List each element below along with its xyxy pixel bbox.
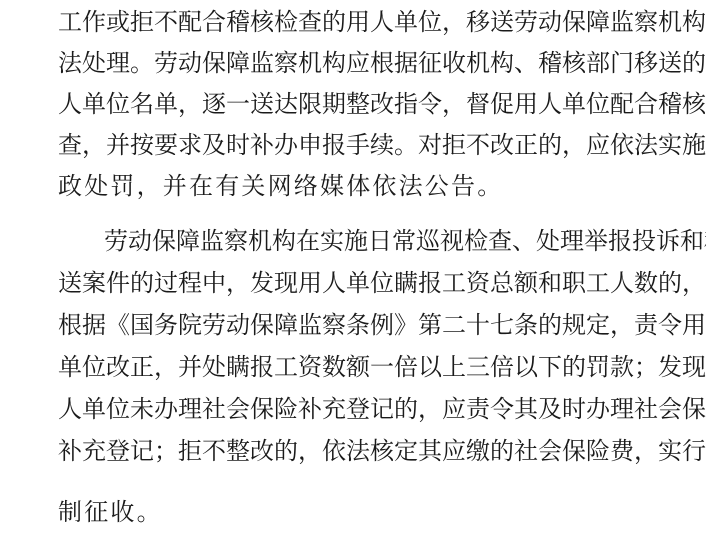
text-line: 送案件的过程中，发现用人单位瞒报工资总额和职工人数的，应	[58, 268, 686, 298]
text-line: 查，并按要求及时补办申报手续。对拒不改正的，应依法实施行	[58, 130, 686, 160]
text-line-indented: 劳动保障监察机构在实施日常巡视检查、处理举报投诉和移	[104, 226, 686, 256]
text-line: 政处罚，并在有关网络媒体依法公告。	[58, 171, 686, 201]
text-line: 制征收。	[58, 497, 686, 527]
text-line: 单位改正，并处瞒报工资数额一倍以上三倍以下的罚款；发现用	[58, 352, 686, 382]
text-line: 补充登记；拒不整改的，依法核定其应缴的社会保险费，实行强	[58, 436, 686, 466]
text-line: 根据《国务院劳动保障监察条例》第二十七条的规定，责令用人	[58, 310, 686, 340]
text-line: 工作或拒不配合稽核检查的用人单位，移送劳动保障监察机构依	[58, 7, 686, 37]
text-line: 法处理。劳动保障监察机构应根据征收机构、稽核部门移送的用	[58, 48, 686, 78]
document-page: 工作或拒不配合稽核检查的用人单位，移送劳动保障监察机构依 法处理。劳动保障监察机…	[0, 0, 706, 533]
text-line: 人单位未办理社会保险补充登记的，应责令其及时办理社会保险	[58, 394, 686, 424]
text-line: 人单位名单，逐一送达限期整改指令，督促用人单位配合稽核检	[58, 89, 686, 119]
